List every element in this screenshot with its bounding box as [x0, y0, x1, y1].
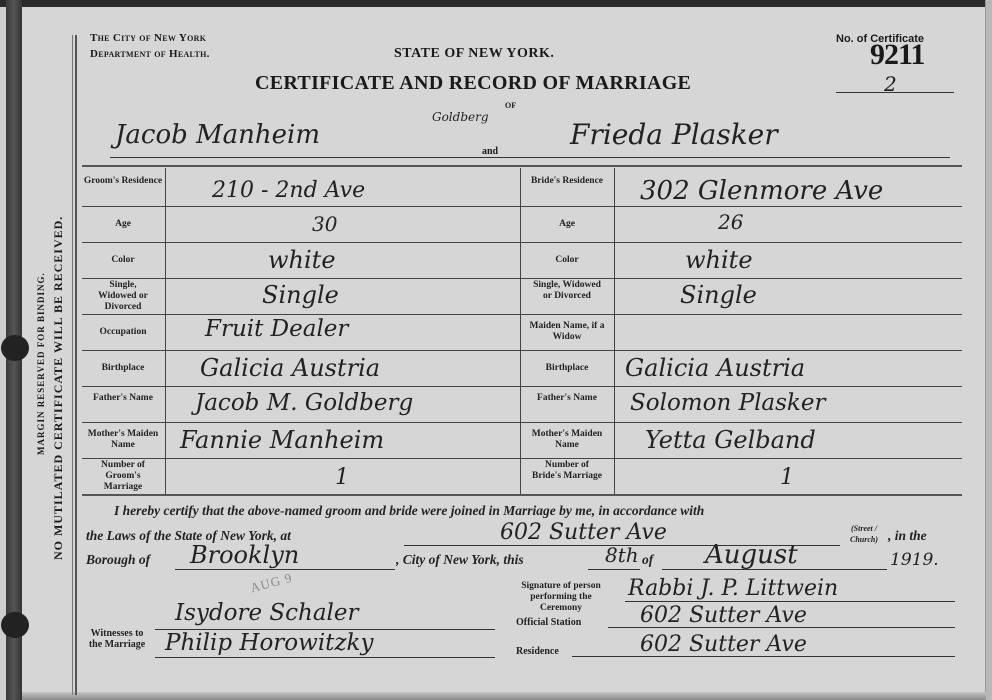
certification-of: of — [642, 552, 653, 568]
witness2-underline — [155, 657, 495, 658]
bride-maiden-name-label: Maiden Name, if a Widow — [526, 321, 608, 343]
certificate-number: 9211 — [870, 38, 924, 72]
row-divider — [82, 386, 962, 387]
witness-2: Philip Horowitzky — [165, 630, 373, 656]
groom-marriage-number: 1 — [335, 465, 349, 490]
groom-color-label: Color — [82, 255, 164, 266]
groom-marriage-number-label: Number of Groom's Marriage — [88, 460, 158, 493]
row-divider — [82, 206, 962, 207]
officiant-residence: 602 Sutter Ave — [640, 632, 807, 657]
bride-birthplace-label: Birthplace — [522, 363, 612, 374]
day-underline — [588, 569, 640, 570]
bride-age: 26 — [718, 210, 743, 234]
groom-residence-label: Groom's Residence — [82, 176, 164, 187]
bride-father: Solomon Plasker — [630, 390, 825, 416]
bride-age-label: Age — [522, 219, 612, 230]
officiant-signature-label: Signature of person performing the Cerem… — [514, 581, 608, 614]
binding-hole — [1, 612, 29, 638]
groom-age: 30 — [312, 212, 337, 236]
certificate-number-line — [836, 92, 954, 93]
and-label: and — [482, 146, 498, 157]
groom-residence: 210 - 2nd Ave — [212, 178, 365, 203]
borough-value: Brooklyn — [190, 541, 299, 569]
bride-mother-label: Mother's Maiden Name — [526, 429, 608, 451]
groom-mother-label: Mother's Maiden Name — [84, 429, 162, 451]
groom-alias: Goldberg — [432, 110, 489, 124]
groom-status: Single — [262, 281, 339, 309]
groom-father: Jacob M. Goldberg — [195, 390, 413, 416]
groom-label-divider — [165, 168, 166, 494]
center-divider — [520, 168, 521, 494]
groom-occupation-label: Occupation — [82, 327, 164, 338]
issuer-block: The City of New York Department of Healt… — [90, 30, 210, 62]
bride-marriage-number: 1 — [780, 465, 794, 490]
groom-birthplace-label: Birthplace — [82, 363, 164, 374]
ceremony-year: 1919. — [890, 550, 939, 570]
top-border — [0, 0, 992, 7]
margin-rule — [75, 35, 77, 695]
bride-label-divider — [614, 168, 615, 494]
table-bottom-rule — [82, 494, 962, 496]
officiant-signature: Rabbi J. P. Littwein — [628, 576, 838, 601]
bride-status: Single — [680, 281, 757, 309]
bottom-shadow — [22, 692, 986, 700]
bride-mother: Yetta Gelband — [645, 426, 816, 454]
margin-rule-inner — [72, 35, 73, 695]
certification-line-3a: Borough of — [86, 552, 150, 568]
names-underline — [110, 157, 950, 158]
row-divider — [82, 458, 962, 459]
official-station: 602 Sutter Ave — [640, 603, 807, 628]
binding-hole — [1, 335, 29, 361]
bride-color-label: Color — [522, 255, 612, 266]
state-heading: STATE OF NEW YORK. — [394, 46, 554, 62]
right-edge — [985, 0, 992, 700]
row-divider — [82, 314, 962, 315]
groom-mother: Fannie Manheim — [180, 426, 384, 454]
row-divider — [82, 278, 962, 279]
department-name: Department of Health. — [90, 46, 210, 62]
bride-status-label: Single, Widowed or Divorced — [532, 280, 602, 302]
certification-line-1: I hereby certify that the above-named gr… — [114, 503, 704, 519]
bride-name: Frieda Plasker — [570, 118, 778, 151]
bride-residence-label: Bride's Residence — [522, 176, 612, 187]
city-name: The City of New York — [90, 30, 210, 46]
certificate-paper — [22, 7, 986, 700]
witnesses-label: Witnesses to the Marriage — [84, 628, 150, 650]
groom-name: Jacob Manheim — [115, 120, 320, 150]
groom-occupation: Fruit Dealer — [205, 316, 348, 342]
bride-marriage-number-label: Number of Bride's Marriage — [532, 460, 602, 482]
groom-age-label: Age — [82, 219, 164, 230]
margin-binding-note: MARGIN RESERVED FOR BINDING. — [36, 272, 46, 455]
street-church-label: (Street / Church) — [842, 523, 886, 545]
bride-father-label: Father's Name — [536, 393, 598, 404]
row-divider — [82, 242, 962, 243]
bride-color: white — [685, 246, 753, 274]
title-of: OF — [505, 101, 516, 110]
row-divider — [82, 422, 962, 423]
groom-father-label: Father's Name — [92, 393, 154, 404]
official-station-label: Official Station — [516, 617, 581, 628]
ceremony-place: 602 Sutter Ave — [500, 520, 667, 545]
bride-residence: 302 Glenmore Ave — [640, 176, 883, 206]
certification-line-3b: , City of New York, this — [396, 552, 524, 568]
table-top-rule — [82, 165, 962, 167]
ceremony-month: August — [705, 540, 798, 570]
groom-birthplace: Galicia Austria — [200, 354, 380, 382]
certification-line-2b: , in the — [888, 528, 927, 544]
groom-status-label: Single, Widowed or Divorced — [90, 280, 156, 313]
certificate-title: CERTIFICATE AND RECORD OF MARRIAGE — [255, 72, 691, 95]
groom-color: white — [268, 246, 336, 274]
signature-underline — [625, 601, 955, 602]
witness-1: Isydore Schaler — [175, 600, 359, 626]
officiant-residence-label: Residence — [516, 646, 559, 657]
row-divider — [82, 350, 962, 351]
margin-mutilation-note: NO MUTILATED CERTIFICATE WILL BE RECEIVE… — [51, 216, 66, 560]
ceremony-day: 8th — [605, 543, 639, 567]
bride-birthplace: Galicia Austria — [625, 354, 805, 382]
